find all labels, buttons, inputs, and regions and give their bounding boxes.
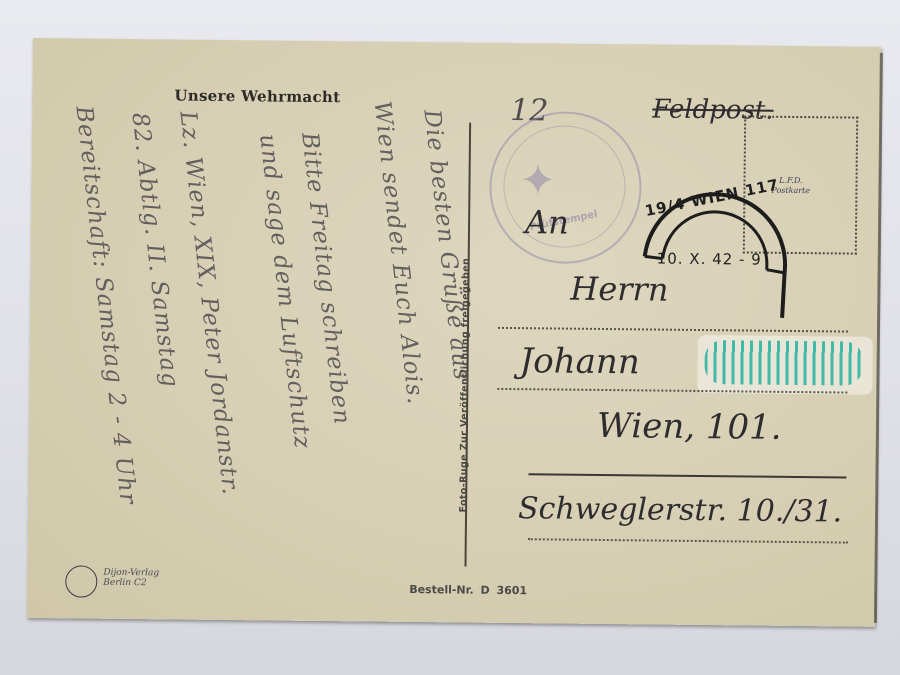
publisher-logo-icon	[65, 565, 97, 597]
address-city: Wien, 101.	[597, 406, 782, 448]
message-line: Wien sendet Euch Alois.	[369, 100, 429, 406]
postcard: Unsere Wehrmacht Foto-Ruge Zur Veröffent…	[27, 38, 881, 627]
message-line: 82. Abtlg. II. Samstag	[126, 111, 183, 389]
publisher-name: Dijon-Verlag	[103, 568, 159, 579]
card-edge	[874, 53, 883, 623]
order-number: Bestell-Nr. D 3601	[409, 583, 527, 597]
message-line: Die besten Grüße aus	[418, 108, 474, 382]
address-line	[528, 538, 848, 543]
address-street: Schweglerstr. 10./31.	[518, 491, 842, 529]
publisher-mark: Dijon-Verlag Berlin C2	[65, 563, 185, 604]
eagle-emblem-icon: ✦	[519, 155, 556, 206]
printed-title: Unsere Wehrmacht	[174, 86, 340, 106]
address-title: Herrn	[570, 270, 668, 309]
address-line-solid	[528, 473, 846, 478]
redacted-surname	[704, 340, 862, 386]
publisher-city: Berlin C2	[103, 578, 159, 589]
address-salutation: An	[525, 203, 569, 241]
postmark-date: 10. X. 42 - 9	[657, 250, 762, 269]
address-name: Johann	[519, 341, 639, 382]
message-line: Bereitschaft: Samstag 2 - 4 Uhr	[70, 105, 141, 506]
message-line: Lz. Wien, XIX, Peter Jordanstr.	[174, 110, 243, 497]
